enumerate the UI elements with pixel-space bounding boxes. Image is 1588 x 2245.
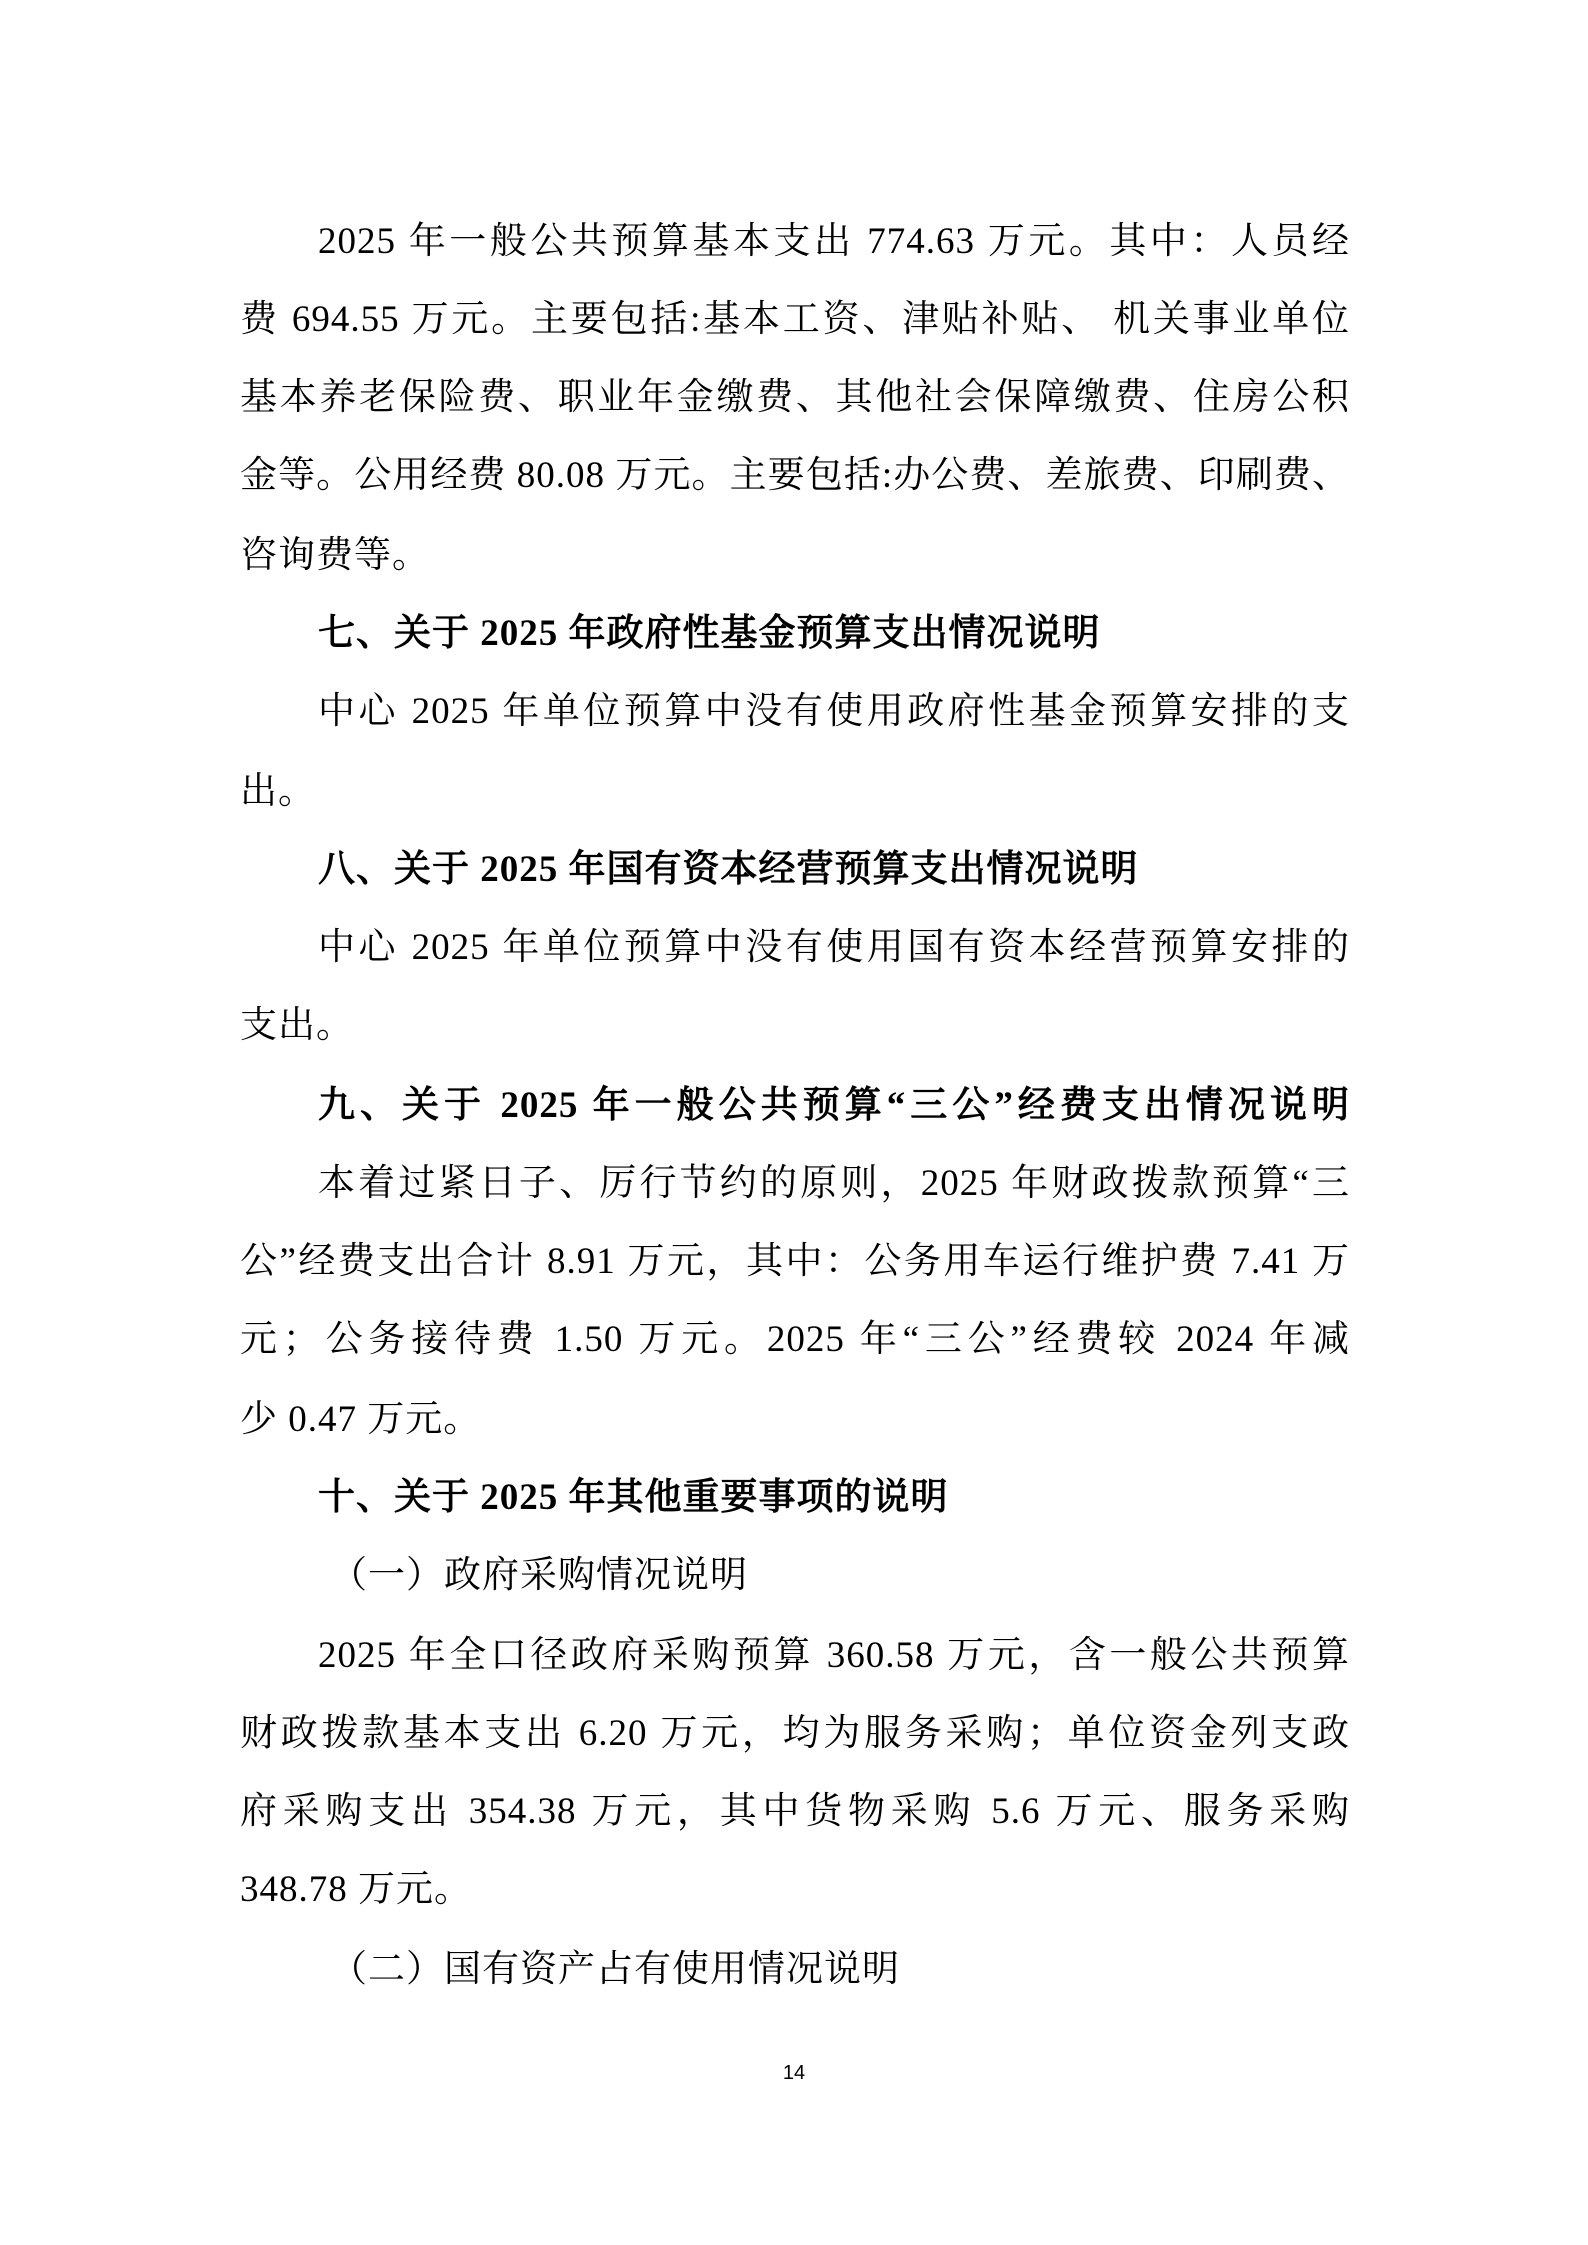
paragraph-basic-expenditure-line-3: 基本养老保险费、职业年金缴费、其他社会保障缴费、住房公积 <box>240 370 1350 426</box>
paragraph-state-capital-line-2: 支出。 <box>240 998 1350 1054</box>
paragraph-gov-fund-line-1: 中心 2025 年单位预算中没有使用政府性基金预算安排的支 <box>318 684 1350 740</box>
paragraph-procurement-line-1: 2025 年全口径政府采购预算 360.58 万元，含一般公共预算 <box>318 1628 1350 1684</box>
section-heading-8: 八、关于 2025 年国有资本经营预算支出情况说明 <box>318 842 1350 898</box>
paragraph-gov-fund-line-2: 出。 <box>240 764 1350 820</box>
section-heading-7: 七、关于 2025 年政府性基金预算支出情况说明 <box>318 606 1350 662</box>
paragraph-procurement-line-4: 348.78 万元。 <box>240 1862 1350 1918</box>
paragraph-procurement-line-3: 府采购支出 354.38 万元，其中货物采购 5.6 万元、服务采购 <box>240 1784 1350 1840</box>
section-heading-10: 十、关于 2025 年其他重要事项的说明 <box>318 1470 1350 1526</box>
subsection-heading-procurement: （一）政府采购情况说明 <box>330 1548 1440 1604</box>
paragraph-three-public-line-1: 本着过紧日子、厉行节约的原则，2025 年财政拨款预算“三 <box>318 1156 1350 1212</box>
paragraph-basic-expenditure-line-5: 咨询费等。 <box>240 528 1350 584</box>
paragraph-three-public-line-2: 公”经费支出合计 8.91 万元，其中：公务用车运行维护费 7.41 万 <box>240 1234 1350 1290</box>
subsection-heading-state-assets: （二）国有资产占有使用情况说明 <box>330 1942 1440 1998</box>
paragraph-three-public-line-3: 元；公务接待费 1.50 万元。2025 年“三公”经费较 2024 年减 <box>240 1312 1350 1368</box>
paragraph-basic-expenditure-line-1: 2025 年一般公共预算基本支出 774.63 万元。其中：人员经 <box>318 214 1350 270</box>
paragraph-procurement-line-2: 财政拨款基本支出 6.20 万元，均为服务采购；单位资金列支政 <box>240 1706 1350 1762</box>
paragraph-basic-expenditure-line-2: 费 694.55 万元。主要包括:基本工资、津贴补贴、 机关事业单位 <box>240 292 1350 348</box>
paragraph-three-public-line-4: 少 0.47 万元。 <box>240 1392 1350 1448</box>
section-heading-9: 九、关于 2025 年一般公共预算“三公”经费支出情况说明 <box>318 1078 1350 1134</box>
paragraph-state-capital-line-1: 中心 2025 年单位预算中没有使用国有资本经营预算安排的 <box>318 920 1350 976</box>
paragraph-basic-expenditure-line-4: 金等。公用经费 80.08 万元。主要包括:办公费、差旅费、印刷费、 <box>240 448 1350 504</box>
page-number: 14 <box>0 2062 1588 2085</box>
